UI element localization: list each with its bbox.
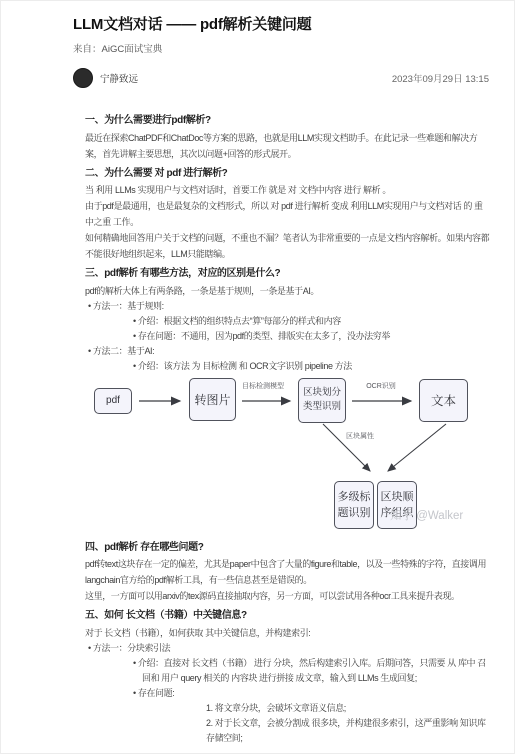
page-title: LLM文档对话 —— pdf解析关键问题: [73, 15, 489, 35]
publish-date: 2023年09月29日 13:15: [392, 71, 489, 85]
bullet-subitem: • 存在问题:: [85, 686, 491, 701]
bullet-item: • 方法一：基于规则:: [85, 299, 491, 314]
numbered-item: 2. 对于长文章，会被分割成 很多块，并构建很多索引，这严重影响 知识库存储空间…: [85, 716, 491, 746]
author-name: 宁静致远: [100, 71, 138, 85]
article-page: LLM文档对话 —— pdf解析关键问题 来自：AiGC面试宝典 宁静致远 20…: [0, 0, 515, 754]
section-5-heading: 五、如何 长文档（书籍）中关键信息?: [85, 609, 491, 622]
article-body: 一、为什么需要进行pdf解析? 最近在探索ChatPDF和ChatDoc等方案的…: [73, 114, 491, 746]
paragraph: 由于pdf是最通用，也是最复杂的文档形式，所以 对 pdf 进行解析 变成 利用…: [85, 198, 491, 230]
node-block-segmentation: 区块划分类型识别: [298, 378, 346, 423]
node-text: 文本: [419, 379, 468, 422]
paragraph: 这里，一方面可以用arxiv的tex源码直接抽取内容，另一方面，可以尝试用各种o…: [85, 588, 491, 604]
bullet-subitem: • 存在问题：不通用，因为pdf的类型、排版实在太多了，没办法穷举: [85, 329, 491, 344]
bullet-subitem: • 介绍：直接对 长文档（书籍） 进行 分块，然后构建索引入库。后期问答，只需要…: [85, 656, 491, 686]
paragraph: 当 利用 LLMs 实现用户与文档对话时，首要工作 就是 对 文档中内容 进行 …: [85, 182, 491, 198]
edge-label-ocr: OCR识别: [351, 381, 411, 391]
section-1-heading: 一、为什么需要进行pdf解析?: [85, 114, 491, 127]
paragraph: 对于 长文档（书籍），如何获取 其中关键信息，并构建索引:: [85, 625, 491, 641]
bullet-subitem: • 介绍：根据文档的组织特点去“算”每部分的样式和内容: [85, 314, 491, 329]
byline: 宁静致远 2023年09月29日 13:15: [73, 68, 489, 88]
paragraph: pdf转text这块存在一定的偏差，尤其是paper中包含了大量的figure和…: [85, 556, 491, 588]
node-to-image: 转图片: [189, 378, 236, 421]
paragraph: 最近在探索ChatPDF和ChatDoc等方案的思路，也就是用LLM实现文档助手…: [85, 130, 491, 162]
paragraph: 如何精确地回答用户关于文档的问题，不重也不漏？笔者认为非常重要的一点是文档内容解…: [85, 230, 491, 262]
edge-label-detection-model: 目标检测模型: [235, 381, 291, 391]
zhihu-watermark: 知乎 @Walker: [390, 507, 463, 523]
node-pdf: pdf: [94, 388, 132, 414]
bullet-item: • 方法一：分块索引法: [85, 641, 491, 656]
numbered-item: 1. 将文章分块，会破坏文章语义信息;: [85, 701, 491, 716]
pipeline-diagram: pdf 转图片 区块划分类型识别 文本 多级标题识别 区块顺序组织 目标检测模型…: [85, 376, 491, 536]
author-avatar: [73, 68, 93, 88]
section-3-heading: 三、pdf解析 有哪些方法，对应的区别是什么?: [85, 267, 491, 280]
source-line: 来自：AiGC面试宝典: [73, 43, 489, 56]
bullet-subitem: • 介绍：该方法 为 目标检测 和 OCR文字识别 pipeline 方法: [85, 359, 491, 374]
paragraph: pdf的解析大体上有两条路，一条是基于规则，一条是基于AI。: [85, 283, 491, 299]
edge-label-block-attr: 区块属性: [346, 431, 374, 441]
section-4-heading: 四、pdf解析 存在哪些问题?: [85, 541, 491, 554]
section-2-heading: 二、为什么需要 对 pdf 进行解析?: [85, 167, 491, 180]
node-multilevel-heading: 多级标题识别: [334, 481, 374, 529]
bullet-item: • 方法二：基于AI:: [85, 344, 491, 359]
